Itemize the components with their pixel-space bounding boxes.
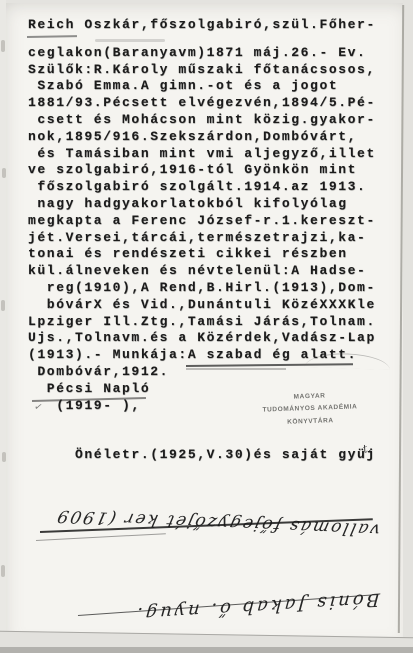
- edge-smudge: [1, 40, 5, 52]
- handwritten-note-inverted-1: vallomás főjegyzőjét ker (1909: [28, 504, 382, 539]
- typed-line: bóvárX és Vid.,Dunántuli KözéXXXKle: [28, 297, 376, 314]
- typed-line: nagy hadgyakorlatokból kifolyólag: [28, 196, 376, 213]
- typed-line: ceglakon(Baranyavm)1871 máj.26.- Ev.: [28, 45, 376, 62]
- edge-smudge: [1, 300, 5, 311]
- typed-line: és Tamásiban mint vmi aljegyző,illet: [28, 146, 376, 163]
- edge-smudge: [2, 168, 6, 178]
- typed-line: Ujs.,Tolnavm.és a Közérdek,Vadász-Lap: [28, 330, 376, 347]
- typed-line: 1881/93.Pécsett elvégezvén,1894/5.Pé-: [28, 95, 376, 112]
- typed-line: kül.álneveken és névtelenül:A Hadse-: [28, 263, 376, 280]
- scan-edge-bottom: [0, 647, 413, 653]
- scanned-card: Reich Oszkár,főszolgabiró,szül.Főher- ce…: [0, 0, 413, 653]
- library-stamp: MAGYAR TUDOMÁNYOS AKADÉMIA KÖNYVTÁRA: [249, 389, 370, 430]
- typed-line: megkapta a Ferenc József-r.1.kereszt-: [28, 213, 376, 230]
- typed-line: Lpziger Ill.Ztg.,Tamási Járás,Tolnam.: [28, 314, 376, 331]
- scan-edge-top: [0, 0, 413, 3]
- handwritten-note-inverted-2: Bónis Jakab ő. nyug.: [69, 588, 380, 628]
- typed-line: jét.Versei,tárcái,természetrajzi,ka-: [28, 230, 376, 247]
- typed-line: tonai és rendészeti cikkei részben: [28, 246, 376, 263]
- edge-smudge: [2, 452, 6, 462]
- typed-line: csett és Mohácson mint közig.gyakor-: [28, 112, 376, 129]
- typed-line: főszolgabiró szolgált.1914.az 1913.: [28, 179, 376, 196]
- typed-line: Szülők:R.Károly műszaki főtanácsosos,: [28, 62, 376, 79]
- pencil-smear: [95, 39, 165, 42]
- scan-edge-right-shadow: [403, 0, 413, 653]
- edge-smudge: [1, 565, 5, 577]
- typed-line: Reich Oszkár,főszolgabiró,szül.Főher-: [28, 17, 376, 34]
- scan-edge-left: [0, 0, 6, 653]
- typed-line: ve szolgabiró,1916-tól Gyönkön mint: [28, 162, 376, 179]
- strikethrough-note-1b: [36, 533, 166, 541]
- autobio-line: Önéletr.(1925,V.30)és saját gyüj: [28, 447, 376, 464]
- typed-line: reg(1910),A Rend,B.Hirl.(1913),Dom-: [28, 280, 376, 297]
- typed-line: Szabó Emma.A gimn.-ot és a jogot: [28, 78, 376, 95]
- typed-line: nok,1895/916.Szekszárdon,Dombóvárt,: [28, 129, 376, 146]
- underline-book-title-2: [186, 368, 286, 370]
